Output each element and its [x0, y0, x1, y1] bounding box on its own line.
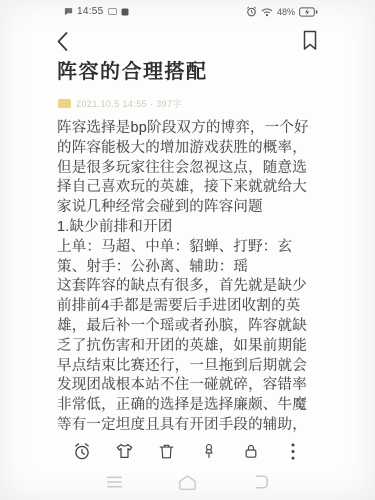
lock-icon [242, 441, 260, 462]
body-line: 前排前4手都是需要后手进团收割的英 [57, 297, 329, 317]
note-meta-text: 2021.10.5 14:55 · 397字 [76, 97, 182, 110]
body-line: 非常低，正确的选择是选择廉颇、牛魔 [57, 396, 329, 416]
body-line: 早点结束比赛还行，一旦拖到后期就会 [57, 357, 329, 377]
home-icon [177, 474, 198, 491]
recents-button[interactable] [104, 472, 124, 492]
note-body[interactable]: 阵容选择是bp阶段双方的博弈，一个好 的阵容能极大的增加游戏获胜的概率， 但是很… [57, 119, 329, 436]
body-line: 但是很多玩家往往会忽视这点，随意选 [57, 159, 329, 179]
wifi-icon [261, 7, 273, 17]
trash-icon [157, 441, 176, 462]
lock-button[interactable] [241, 440, 261, 462]
note-meta: 2021.10.5 14:55 · 397字 [58, 97, 182, 110]
page-title: 阵容的合理搭配 [57, 55, 208, 84]
alarm-icon [72, 441, 92, 462]
pin-button[interactable] [199, 440, 219, 462]
gesture-nav-bar [0, 469, 375, 495]
reminder-button[interactable] [72, 440, 92, 462]
chevron-left-icon [56, 31, 72, 52]
home-button[interactable] [178, 472, 198, 492]
app-badge-icon [121, 8, 129, 16]
note-toolbar [0, 437, 375, 465]
menu-icon [106, 475, 123, 489]
body-line: 发现团战根本站不住一碰就碎，容错率 [57, 376, 329, 396]
body-line: 乏了抗伤害和开团的英雄，如果前期能 [57, 337, 329, 357]
status-right: 48% [246, 6, 318, 17]
body-line: 等有一定坦度且具有开团手段的辅助， [57, 416, 329, 436]
battery-percent: 48% [277, 7, 295, 17]
status-bar: 14:55 48% [0, 3, 375, 20]
shirt-icon [114, 441, 135, 461]
notes-app-screen: 14:55 48% [0, 0, 375, 500]
alarm-icon [246, 6, 257, 17]
back-nav-button[interactable] [251, 472, 271, 492]
body-line: 这套阵容的缺点有很多，首先就是缺少 [57, 277, 329, 297]
body-line: 阵容选择是bp阶段双方的博弈，一个好 [57, 119, 329, 139]
navbar [0, 26, 375, 56]
bookmark-icon [302, 30, 320, 51]
battery-charging-icon [299, 7, 318, 17]
back-icon [253, 474, 269, 490]
body-line: 雄，最后补一个瑶或者孙膑，阵容就缺 [57, 317, 329, 337]
body-line: 择自己喜欢玩的英雄，接下来就就给大 [57, 178, 329, 198]
body-line: 的阵容能极大的增加游戏获胜的概率， [57, 139, 329, 159]
status-left: 14:55 [64, 6, 129, 17]
skin-button[interactable] [114, 440, 134, 462]
back-button[interactable] [56, 31, 72, 53]
more-icon [290, 441, 296, 462]
pin-icon [200, 441, 218, 462]
delete-button[interactable] [156, 440, 176, 462]
clock-time: 14:55 [77, 6, 104, 17]
more-button[interactable] [283, 440, 303, 462]
hd-icon [108, 8, 117, 15]
body-line: 家说几种经常会碰到的阵容问题 [57, 198, 329, 218]
bookmark-button[interactable] [302, 30, 320, 52]
message-icon [64, 7, 73, 16]
body-line: 策、射手：公孙离、辅助：瑶 [57, 258, 329, 278]
vip-badge-icon [58, 99, 71, 108]
body-line: 1.缺少前排和开团 [57, 218, 329, 238]
body-line: 上单：马超、中单：貂蝉、打野：玄 [57, 238, 329, 258]
